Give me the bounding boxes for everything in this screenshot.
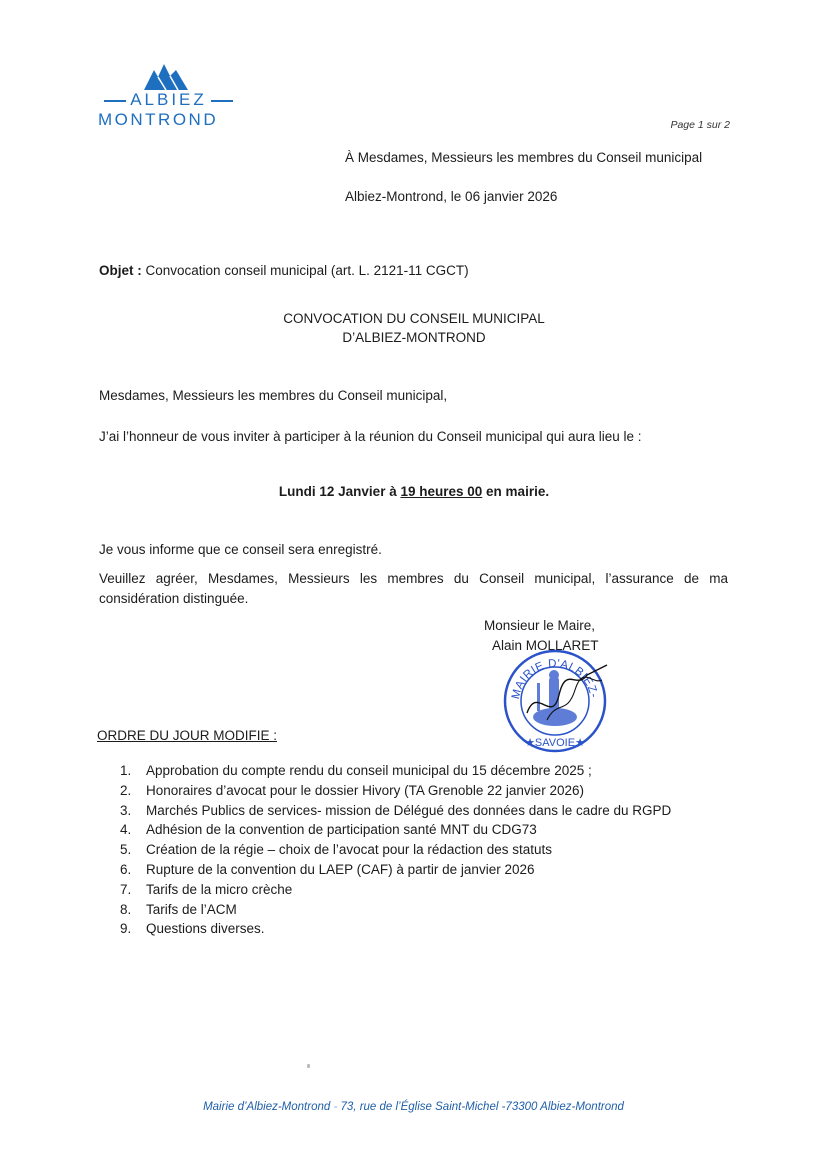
place-date: Albiez-Montrond, le 06 janvier 2026 <box>345 187 557 207</box>
page-indicator: Page 1 sur 2 <box>670 119 730 131</box>
agenda-item-number: 7. <box>120 880 146 900</box>
agenda-item-number: 4. <box>120 820 146 840</box>
agenda-item: 7.Tarifs de la micro crèche <box>120 880 671 900</box>
agenda-item-text: Marchés Publics de services- mission de … <box>146 803 671 818</box>
scan-speck <box>307 1064 310 1068</box>
agenda-item: 3.Marchés Publics de services- mission d… <box>120 801 671 821</box>
albiez-montrond-logo: ALBIEZ MONTROND <box>96 62 241 132</box>
meeting-date: Lundi 12 Janvier à <box>279 484 397 499</box>
svg-text:★SAVOIE★: ★SAVOIE★ <box>525 737 585 749</box>
logo-dash-right <box>211 100 233 102</box>
object-text: Convocation conseil municipal (art. L. 2… <box>146 263 469 278</box>
title-line1: CONVOCATION DU CONSEIL MUNICIPAL <box>200 309 628 328</box>
logo-dash-left <box>104 100 126 102</box>
signatory-role: Monsieur le Maire, <box>484 616 599 636</box>
agenda-item-text: Création de la régie – choix de l’avocat… <box>146 842 552 857</box>
mountains-icon <box>144 64 192 90</box>
title-line2: D’ALBIEZ-MONTROND <box>200 328 628 347</box>
meeting-datetime: Lundi 12 Janvier à 19 heures 00 en mairi… <box>200 484 628 499</box>
agenda-item-number: 3. <box>120 801 146 821</box>
official-stamp: MAIRIE D'ALBIEZ-MONTROND ★SAVOIE★ <box>497 645 612 753</box>
invitation-paragraph: J’ai l’honneur de vous inviter à partici… <box>99 427 728 447</box>
agenda-item: 8.Tarifs de l’ACM <box>120 900 671 920</box>
agenda-item-text: Questions diverses. <box>146 921 265 936</box>
agenda-item: 2.Honoraires d’avocat pour le dossier Hi… <box>120 781 671 801</box>
agenda-item-text: Honoraires d’avocat pour le dossier Hivo… <box>146 783 584 798</box>
logo-line2: MONTROND <box>98 110 218 130</box>
agenda-item-text: Adhésion de la convention de participati… <box>146 822 537 837</box>
agenda-item: 4.Adhésion de la convention de participa… <box>120 820 671 840</box>
agenda-item-number: 2. <box>120 781 146 801</box>
agenda-item-text: Tarifs de la micro crèche <box>146 882 292 897</box>
agenda-item: 1.Approbation du compte rendu du conseil… <box>120 761 671 781</box>
agenda-item: 5.Création de la régie – choix de l’avoc… <box>120 840 671 860</box>
object-label: Objet : <box>99 263 142 278</box>
recipient: À Mesdames, Messieurs les membres du Con… <box>345 148 702 168</box>
footer-address: Mairie d’Albiez-Montrond - 73, rue de l’… <box>0 1101 827 1113</box>
footer-town-hall: Mairie d’Albiez-Montrond <box>203 1101 330 1113</box>
agenda-item-number: 8. <box>120 900 146 920</box>
agenda-item-number: 9. <box>120 919 146 939</box>
agenda-list: 1.Approbation du compte rendu du conseil… <box>120 761 671 939</box>
agenda-item-number: 6. <box>120 860 146 880</box>
agenda-item: 9.Questions diverses. <box>120 919 671 939</box>
meeting-time: 19 heures 00 <box>400 484 482 499</box>
salutation: Mesdames, Messieurs les membres du Conse… <box>99 386 447 406</box>
agenda-item-text: Approbation du compte rendu du conseil m… <box>146 763 592 778</box>
agenda-item: 6.Rupture de la convention du LAEP (CAF)… <box>120 860 671 880</box>
meeting-location: en mairie. <box>486 484 549 499</box>
agenda-item-number: 5. <box>120 840 146 860</box>
logo-line1: ALBIEZ <box>130 90 207 109</box>
stamp-seal-icon: MAIRIE D'ALBIEZ-MONTROND ★SAVOIE★ <box>497 645 612 753</box>
footer-separator: - <box>330 1101 340 1113</box>
agenda-item-text: Tarifs de l’ACM <box>146 902 237 917</box>
agenda-item-number: 1. <box>120 761 146 781</box>
object-line: Objet : Convocation conseil municipal (a… <box>99 261 469 281</box>
closing-paragraph: Veuillez agréer, Mesdames, Messieurs les… <box>99 569 728 609</box>
footer-street-address: 73, rue de l’Église Saint-Michel -73300 … <box>341 1101 624 1113</box>
agenda-title: ORDRE DU JOUR MODIFIE : <box>97 728 277 743</box>
agenda-item-text: Rupture de la convention du LAEP (CAF) à… <box>146 862 534 877</box>
recording-notice: Je vous informe que ce conseil sera enre… <box>99 540 382 560</box>
document-title: CONVOCATION DU CONSEIL MUNICIPAL D’ALBIE… <box>200 309 628 347</box>
